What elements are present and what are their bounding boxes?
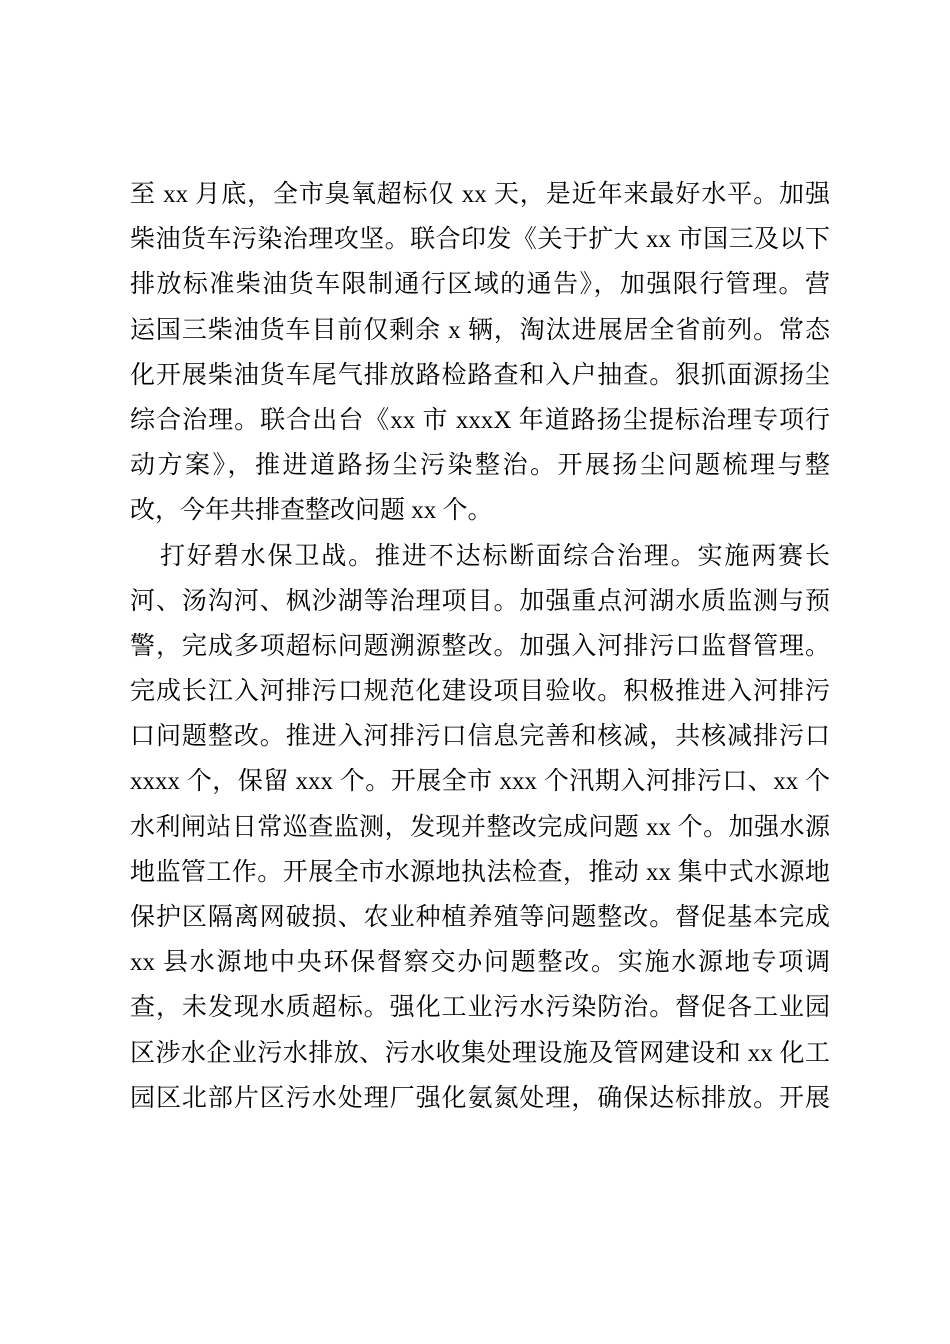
text-line: 口问题整改。推进入河排污口信息完善和核减，共核减排污口 — [130, 714, 830, 759]
text-line: 查，未发现水质超标。强化工业污水污染防治。督促各工业园 — [130, 985, 830, 1030]
text-line: 水利闸站日常巡查监测，发现并整改完成问题 xx 个。加强水源 — [130, 805, 830, 850]
text-line: 地监管工作。开展全市水源地执法检查，推动 xx 集中式水源地 — [130, 850, 830, 895]
text-line: 打好碧水保卫战。推进不达标断面综合治理。实施两赛长 — [130, 534, 830, 579]
text-line: xxxx 个，保留 xxx 个。开展全市 xxx 个汛期入河排污口、xx 个 — [130, 759, 830, 804]
text-line: 柴油货车污染治理攻坚。联合印发《关于扩大 xx 市国三及以下 — [130, 217, 830, 262]
text-line: 保护区隔离网破损、农业种植养殖等问题整改。督促基本完成 — [130, 895, 830, 940]
text-line: 河、汤沟河、枫沙湖等治理项目。加强重点河湖水质监测与预 — [130, 579, 830, 624]
text-line: 综合治理。联合出台《xx 市 xxxX 年道路扬尘提标治理专项行 — [130, 398, 830, 443]
text-line: 至 xx 月底，全市臭氧超标仅 xx 天，是近年来最好水平。加强 — [130, 172, 830, 217]
text-line: xx 县水源地中央环保督察交办问题整改。实施水源地专项调 — [130, 940, 830, 985]
text-line: 区涉水企业污水排放、污水收集处理设施及管网建设和 xx 化工 — [130, 1031, 830, 1076]
text-line: 警，完成多项超标问题溯源整改。加强入河排污口监督管理。 — [130, 624, 830, 669]
text-line: 改，今年共排查整改问题 xx 个。 — [130, 488, 830, 533]
text-line: 完成长江入河排污口规范化建设项目验收。积极推进入河排污 — [130, 669, 830, 714]
text-line: 排放标准柴油货车限制通行区域的通告》，加强限行管理。营 — [130, 262, 830, 307]
document-page: 至 xx 月底，全市臭氧超标仅 xx 天，是近年来最好水平。加强柴油货车污染治理… — [0, 0, 950, 1344]
text-line: 园区北部片区污水处理厂强化氨氮处理，确保达标排放。开展 — [130, 1076, 830, 1121]
document-body: 至 xx 月底，全市臭氧超标仅 xx 天，是近年来最好水平。加强柴油货车污染治理… — [130, 172, 830, 1121]
text-line: 化开展柴油货车尾气排放路检路查和入户抽查。狠抓面源扬尘 — [130, 353, 830, 398]
text-line: 运国三柴油货车目前仅剩余 x 辆，淘汰进展居全省前列。常态 — [130, 308, 830, 353]
text-line: 动方案》，推进道路扬尘污染整治。开展扬尘问题梳理与整 — [130, 443, 830, 488]
